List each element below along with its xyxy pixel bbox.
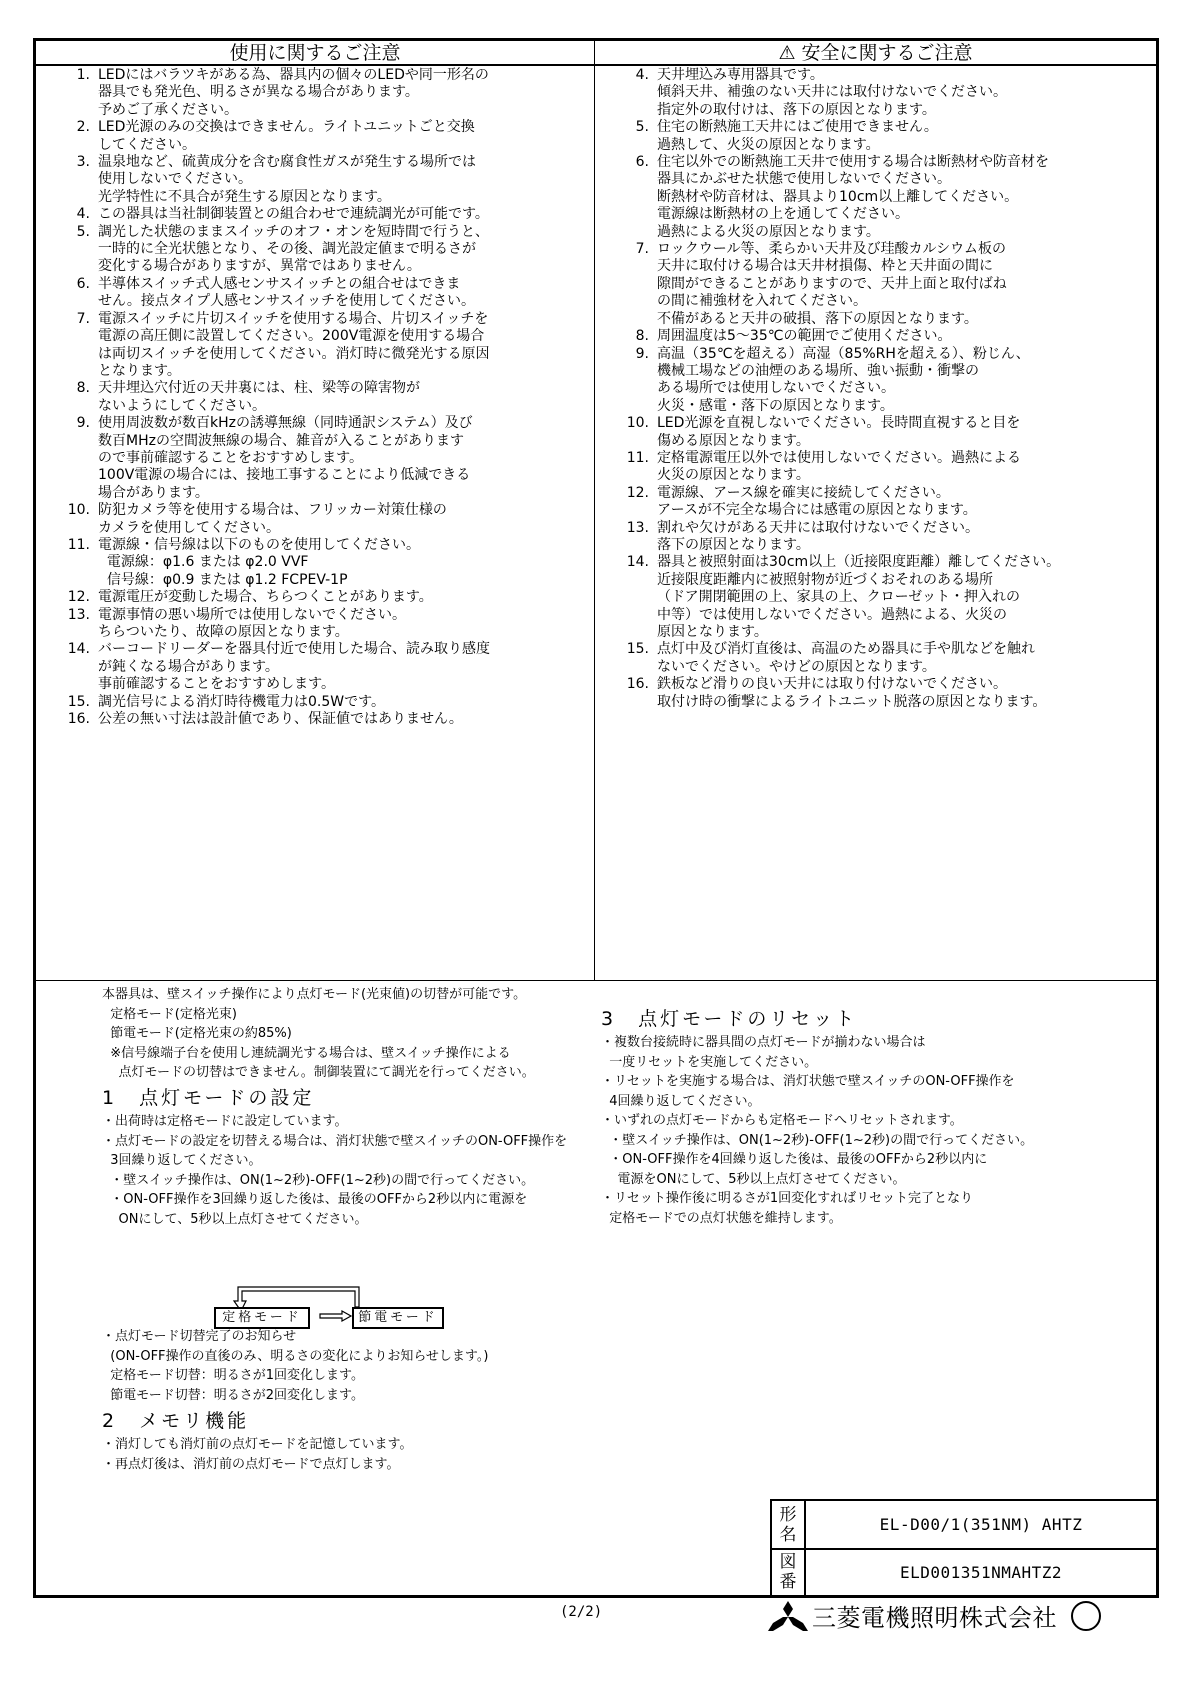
usage-note-item-9: 9.使用周波数が数百kHzの誘導無線（同時通訳システム）及び数百MHzの空間波無… xyxy=(42,415,592,502)
item-line: が鈍くなる場合があります。 xyxy=(98,659,592,676)
item-line: 定格電源電圧以外では使用しないでください。過熱による xyxy=(657,450,1156,467)
item-number: 6. xyxy=(601,154,657,241)
item-number: 5. xyxy=(601,119,657,154)
item-line: この器具は当社制御装置との組合わせで連続調光が可能です。 xyxy=(98,206,592,223)
item-line: 傾斜天井、補強のない天井には取付けないでください。 xyxy=(657,84,1156,101)
item-line: 信号線：φ0.9 または φ1.2 FCPEV-1P xyxy=(98,572,592,589)
item-line: 天井に取付ける場合は天井材損傷、枠と天井面の間に xyxy=(657,258,1156,275)
item-line: 器具でも発光色、明るさが異なる場合があります。 xyxy=(98,84,592,101)
safety-note-item-15: 15.点灯中及び消灯直後は、高温のため器具に手や肌などを触れないでください。やけ… xyxy=(601,641,1156,676)
item-line: 断熱材や防音材は、器具より10cm以上離してください。 xyxy=(657,189,1156,206)
item-text: 天井埋込み専用器具です。傾斜天井、補強のない天井には取付けないでください。指定外… xyxy=(657,67,1156,119)
usage-note-item-14: 14.バーコードリーダーを器具付近で使用した場合、読み取り感度が鈍くなる場合があ… xyxy=(42,641,592,693)
item-number: 14. xyxy=(601,554,657,641)
item-line: 割れや欠けがある天井には取付けないでください。 xyxy=(657,520,1156,537)
item-number: 6. xyxy=(42,276,98,311)
usage-note-item-3: 3.温泉地など、硫黄成分を含む腐食性ガスが発生する場所では使用しないでください。… xyxy=(42,154,592,206)
drawing-number: ELD001351NMAHTZ2 xyxy=(806,1549,1156,1595)
text-line: (ON-OFF操作の直後のみ、明るさの変化によりお知らせします。) xyxy=(102,1347,488,1367)
item-line: 100V電源の場合には、接地工事することにより低減できる xyxy=(98,467,592,484)
text-line: ・壁スイッチ操作は、ON(1~2秒)-OFF(1~2秒)の間で行ってください。 xyxy=(102,1171,567,1191)
text-line: ・ON-OFF操作を3回繰り返した後は、最後のOFFから2秒以内に電源を xyxy=(102,1190,567,1210)
item-line: 高温（35℃を超える）高湿（85%RHを超える）、粉じん、 xyxy=(657,346,1156,363)
text-line: ONにして、5秒以上点灯させてください。 xyxy=(102,1210,567,1230)
item-line: 電源の高圧側に設置してください。200V電源を使用する場合 xyxy=(98,328,592,345)
usage-note-item-1: 1.LEDにはバラツキがある為、器具内の個々のLEDや同一形名の器具でも発光色、… xyxy=(42,67,592,119)
column-divider xyxy=(594,41,595,980)
item-text: 割れや欠けがある天井には取付けないでください。落下の原因となります。 xyxy=(657,520,1156,555)
mitsubishi-logo-icon xyxy=(768,1601,808,1631)
item-text: 温泉地など、硫黄成分を含む腐食性ガスが発生する場所では使用しないでください。光学… xyxy=(98,154,592,206)
item-text: 電源スイッチに片切スイッチを使用する場合、片切スイッチを電源の高圧側に設置してく… xyxy=(98,311,592,381)
text-line: 電源をONにして、5秒以上点灯させてください。 xyxy=(601,1170,1033,1190)
safety-note-item-8: 8.周囲温度は5～35℃の範囲でご使用ください。 xyxy=(601,328,1156,345)
item-line: 予めご了承ください。 xyxy=(98,102,592,119)
item-line: 取付け時の衝撃によるライトユニット脱落の原因となります。 xyxy=(657,694,1156,711)
safety-note-item-12: 12.電源線、アース線を確実に接続してください。アースが不完全な場合には感電の原… xyxy=(601,485,1156,520)
item-number: 11. xyxy=(42,537,98,589)
item-number: 7. xyxy=(601,241,657,328)
item-line: 天井埋込み専用器具です。 xyxy=(657,67,1156,84)
text-line: ・ON-OFF操作を4回繰り返した後は、最後のOFFから2秒以内に xyxy=(601,1150,1033,1170)
item-text: 防犯カメラ等を使用する場合は、フリッカー対策仕様のカメラを使用してください。 xyxy=(98,502,592,537)
item-line: は両切スイッチを使用してください。消灯時に微発光する原因 xyxy=(98,346,592,363)
item-line: （ドア開閉範囲の上、家具の上、クローゼット・押入れの xyxy=(657,589,1156,606)
section-1-body: ・出荷時は定格モードに設定しています。・点灯モードの設定を切替える場合は、消灯状… xyxy=(102,1112,567,1229)
usage-notes-header: 使用に関するご注意 xyxy=(36,41,594,66)
item-line: せん。接点タイプ人感センサスイッチを使用してください。 xyxy=(98,293,592,310)
text-line: 定格モード(定格光束) xyxy=(102,1005,535,1025)
item-number: 12. xyxy=(42,589,98,606)
usage-note-item-4: 4.この器具は当社制御装置との組合わせで連続調光が可能です。 xyxy=(42,206,592,223)
item-line: の間に補強材を入れてください。 xyxy=(657,293,1156,310)
safety-notes-header: ⚠ 安全に関するご注意 xyxy=(595,41,1156,66)
text-line: 点灯モードの切替はできません。制御装置にて調光を行ってください。 xyxy=(102,1063,535,1083)
item-line: 使用周波数が数百kHzの誘導無線（同時通訳システム）及び xyxy=(98,415,592,432)
item-line: ないようにしてください。 xyxy=(98,398,592,415)
item-number: 15. xyxy=(42,694,98,711)
model-row: 形名 EL-D00/1(351NM) AHTZ xyxy=(772,1501,1156,1550)
item-line: 一時的に全光状態となり、その後、調光設定値まで明るさが xyxy=(98,241,592,258)
item-line: 原因となります。 xyxy=(657,624,1156,641)
item-line: 住宅の断熱施工天井にはご使用できません。 xyxy=(657,119,1156,136)
item-number: 7. xyxy=(42,311,98,381)
item-line: 指定外の取付けは、落下の原因となります。 xyxy=(657,102,1156,119)
item-line: 電源電圧が変動した場合、ちらつくことがあります。 xyxy=(98,589,592,606)
circle-mark-icon xyxy=(1071,1601,1101,1631)
item-number: 3. xyxy=(42,154,98,206)
item-number: 10. xyxy=(42,502,98,537)
item-number: 5. xyxy=(42,224,98,276)
item-line: 調光信号による消灯時待機電力は0.5Wです。 xyxy=(98,694,592,711)
item-line: 中等）では使用しないでください。過熱による、火災の xyxy=(657,607,1156,624)
item-line: 鉄板など滑りの良い天井には取り付けないでください。 xyxy=(657,676,1156,693)
text-line: 定格モード切替：明るさが1回変化します。 xyxy=(102,1366,488,1386)
item-number: 9. xyxy=(601,346,657,416)
item-line: 変化する場合がありますが、異常ではありません。 xyxy=(98,258,592,275)
item-line: 過熱による火災の原因となります。 xyxy=(657,224,1156,241)
item-number: 8. xyxy=(601,328,657,345)
item-number: 16. xyxy=(42,711,98,728)
item-text: LED光源のみの交換はできません。ライトユニットごと交換してください。 xyxy=(98,119,592,154)
item-text: 電源線、アース線を確実に接続してください。アースが不完全な場合には感電の原因とな… xyxy=(657,485,1156,520)
model-label: 形名 xyxy=(772,1501,806,1548)
section-3-title: 3 点灯モードのリセット xyxy=(601,1005,1033,1033)
usage-note-item-2: 2.LED光源のみの交換はできません。ライトユニットごと交換してください。 xyxy=(42,119,592,154)
safety-notes-list: 4.天井埋込み専用器具です。傾斜天井、補強のない天井には取付けないでください。指… xyxy=(601,67,1156,711)
safety-note-item-7: 7.ロックウール等、柔らかい天井及び珪酸カルシウム板の天井に取付ける場合は天井材… xyxy=(601,241,1156,328)
item-line: 事前確認することをおすすめします。 xyxy=(98,676,592,693)
item-text: 調光信号による消灯時待機電力は0.5Wです。 xyxy=(98,694,592,711)
safety-note-item-14: 14.器具と被照射面は30cm以上（近接限度距離）離してください。近接限度距離内… xyxy=(601,554,1156,641)
item-text: 半導体スイッチ式人感センサスイッチとの組合せはできません。接点タイプ人感センサス… xyxy=(98,276,592,311)
item-line: 不備があると天井の破損、落下の原因となります。 xyxy=(657,311,1156,328)
safety-note-item-6: 6.住宅以外での断熱施工天井で使用する場合は断熱材や防音材を器具にかぶせた状態で… xyxy=(601,154,1156,241)
usage-note-item-7: 7.電源スイッチに片切スイッチを使用する場合、片切スイッチを電源の高圧側に設置し… xyxy=(42,311,592,381)
item-number: 12. xyxy=(601,485,657,520)
item-line: ので事前確認することをおすすめします。 xyxy=(98,450,592,467)
item-line: ロックウール等、柔らかい天井及び珪酸カルシウム板の xyxy=(657,241,1156,258)
text-line: ・点灯モード切替完了のお知らせ xyxy=(102,1327,488,1347)
document-frame: 使用に関するご注意 ⚠ 安全に関するご注意 1.LEDにはバラツキがある為、器具… xyxy=(33,38,1159,1598)
mode-intro: 本器具は、壁スイッチ操作により点灯モード(光束値)の切替が可能です。 定格モード… xyxy=(102,985,535,1083)
mode-switch-notice: ・点灯モード切替完了のお知らせ (ON-OFF操作の直後のみ、明るさの変化により… xyxy=(102,1327,488,1405)
item-line: 天井埋込穴付近の天井裏には、柱、梁等の障害物が xyxy=(98,380,592,397)
section-3-body: ・複数台接続時に器具間の点灯モードが揃わない場合は 一度リセットを実施してくださ… xyxy=(601,1033,1033,1228)
warning-icon: ⚠ xyxy=(778,42,795,64)
item-line: 電源線：φ1.6 または φ2.0 VVF xyxy=(98,554,592,571)
item-text: 定格電源電圧以外では使用しないでください。過熱による火災の原因となります。 xyxy=(657,450,1156,485)
text-line: 節電モード切替：明るさが2回変化します。 xyxy=(102,1386,488,1406)
item-line: ちらついたり、故障の原因となります。 xyxy=(98,624,592,641)
model-value: EL-D00/1(351NM) AHTZ xyxy=(806,1501,1156,1548)
item-line: 公差の無い寸法は設計値であり、保証値ではありません。 xyxy=(98,711,592,728)
item-line: LEDにはバラツキがある為、器具内の個々のLEDや同一形名の xyxy=(98,67,592,84)
text-line: ・点灯モードの設定を切替える場合は、消灯状態で壁スイッチのON-OFF操作を xyxy=(102,1132,567,1152)
item-text: 鉄板など滑りの良い天井には取り付けないでください。取付け時の衝撃によるライトユニ… xyxy=(657,676,1156,711)
usage-note-item-11: 11.電源線・信号線は以下のものを使用してください。 電源線：φ1.6 または … xyxy=(42,537,592,589)
item-line: 電源スイッチに片切スイッチを使用する場合、片切スイッチを xyxy=(98,311,592,328)
item-line: 温泉地など、硫黄成分を含む腐食性ガスが発生する場所では xyxy=(98,154,592,171)
company-footer: 三菱電機照明株式会社 xyxy=(768,1598,1101,1633)
item-text: 公差の無い寸法は設計値であり、保証値ではありません。 xyxy=(98,711,592,728)
section-2-body: ・消灯しても消灯前の点灯モードを記憶しています。・再点灯後は、消灯前の点灯モード… xyxy=(102,1435,412,1474)
text-line: ・消灯しても消灯前の点灯モードを記憶しています。 xyxy=(102,1435,412,1455)
usage-note-item-15: 15.調光信号による消灯時待機電力は0.5Wです。 xyxy=(42,694,592,711)
item-text: LED光源を直視しないでください。長時間直視すると目を傷める原因となります。 xyxy=(657,415,1156,450)
item-text: LEDにはバラツキがある為、器具内の個々のLEDや同一形名の器具でも発光色、明る… xyxy=(98,67,592,119)
usage-note-item-8: 8.天井埋込穴付近の天井裏には、柱、梁等の障害物がないようにしてください。 xyxy=(42,380,592,415)
item-number: 13. xyxy=(601,520,657,555)
eco-mode-box: 節電モード xyxy=(352,1307,444,1329)
title-block: 形名 EL-D00/1(351NM) AHTZ 図番 ELD001351NMAH… xyxy=(770,1499,1156,1595)
item-text: 住宅以外での断熱施工天井で使用する場合は断熱材や防音材を器具にかぶせた状態で使用… xyxy=(657,154,1156,241)
text-line: ・再点灯後は、消灯前の点灯モードで点灯します。 xyxy=(102,1455,412,1475)
usage-note-item-5: 5.調光した状態のままスイッチのオフ・オンを短時間で行うと、一時的に全光状態とな… xyxy=(42,224,592,276)
item-line: 機械工場などの油煙のある場所、強い振動・衝撃の xyxy=(657,363,1156,380)
item-line: 電源線・信号線は以下のものを使用してください。 xyxy=(98,537,592,554)
item-line: 場合があります。 xyxy=(98,485,592,502)
safety-notes-title: 安全に関するご注意 xyxy=(802,42,973,64)
item-number: 2. xyxy=(42,119,98,154)
lighting-mode-section: 本器具は、壁スイッチ操作により点灯モード(光束値)の切替が可能です。 定格モード… xyxy=(36,981,1156,1595)
section-3: 3 点灯モードのリセット ・複数台接続時に器具間の点灯モードが揃わない場合は 一… xyxy=(601,1005,1033,1228)
item-text: 周囲温度は5～35℃の範囲でご使用ください。 xyxy=(657,328,1156,345)
item-text: 電源線・信号線は以下のものを使用してください。 電源線：φ1.6 または φ2.… xyxy=(98,537,592,589)
safety-note-item-10: 10.LED光源を直視しないでください。長時間直視すると目を傷める原因となります… xyxy=(601,415,1156,450)
item-line: 近接限度距離内に被照射物が近づくおそれのある場所 xyxy=(657,572,1156,589)
item-line: 電源線は断熱材の上を通してください。 xyxy=(657,206,1156,223)
item-line: 防犯カメラ等を使用する場合は、フリッカー対策仕様の xyxy=(98,502,592,519)
text-line: 定格モードでの点灯状態を維持します。 xyxy=(601,1209,1033,1229)
item-line: LED光源のみの交換はできません。ライトユニットごと交換 xyxy=(98,119,592,136)
usage-note-item-13: 13.電源事情の悪い場所では使用しないでください。ちらついたり、故障の原因となり… xyxy=(42,607,592,642)
item-text: 電源事情の悪い場所では使用しないでください。ちらついたり、故障の原因となります。 xyxy=(98,607,592,642)
safety-note-item-4: 4.天井埋込み専用器具です。傾斜天井、補強のない天井には取付けないでください。指… xyxy=(601,67,1156,119)
item-line: 点灯中及び消灯直後は、高温のため器具に手や肌などを触れ xyxy=(657,641,1156,658)
text-line: ・壁スイッチ操作は、ON(1~2秒)-OFF(1~2秒)の間で行ってください。 xyxy=(601,1131,1033,1151)
item-text: 点灯中及び消灯直後は、高温のため器具に手や肌などを触れないでください。やけどの原… xyxy=(657,641,1156,676)
item-text: 電源電圧が変動した場合、ちらつくことがあります。 xyxy=(98,589,592,606)
text-line: ・リセット操作後に明るさが1回変化すればリセット完了となり xyxy=(601,1189,1033,1209)
company-name: 三菱電機照明株式会社 xyxy=(812,1598,1057,1633)
item-text: 調光した状態のままスイッチのオフ・オンを短時間で行うと、一時的に全光状態となり、… xyxy=(98,224,592,276)
item-line: 調光した状態のままスイッチのオフ・オンを短時間で行うと、 xyxy=(98,224,592,241)
item-number: 16. xyxy=(601,676,657,711)
item-line: 電源事情の悪い場所では使用しないでください。 xyxy=(98,607,592,624)
text-line: 4回繰り返してください。 xyxy=(601,1092,1033,1112)
item-line: カメラを使用してください。 xyxy=(98,520,592,537)
item-line: 光学特性に不具合が発生する原因となります。 xyxy=(98,189,592,206)
text-line: 本器具は、壁スイッチ操作により点灯モード(光束値)の切替が可能です。 xyxy=(102,985,535,1005)
safety-note-item-5: 5.住宅の断熱施工天井にはご使用できません。過熱して、火災の原因となります。 xyxy=(601,119,1156,154)
item-text: 天井埋込穴付近の天井裏には、柱、梁等の障害物がないようにしてください。 xyxy=(98,380,592,415)
item-text: 住宅の断熱施工天井にはご使用できません。過熱して、火災の原因となります。 xyxy=(657,119,1156,154)
mode-diagram: 定格モード 節電モード xyxy=(214,1283,454,1325)
text-line: ・出荷時は定格モードに設定しています。 xyxy=(102,1112,567,1132)
safety-note-item-16: 16.鉄板など滑りの良い天井には取り付けないでください。取付け時の衝撃によるライ… xyxy=(601,676,1156,711)
item-text: この器具は当社制御装置との組合わせで連続調光が可能です。 xyxy=(98,206,592,223)
item-line: バーコードリーダーを器具付近で使用した場合、読み取り感度 xyxy=(98,641,592,658)
item-line: アースが不完全な場合には感電の原因となります。 xyxy=(657,502,1156,519)
item-text: 使用周波数が数百kHzの誘導無線（同時通訳システム）及び数百MHzの空間波無線の… xyxy=(98,415,592,502)
item-line: 周囲温度は5～35℃の範囲でご使用ください。 xyxy=(657,328,1156,345)
text-line: 節電モード(定格光束の約85%) xyxy=(102,1024,535,1044)
item-line: ないでください。やけどの原因となります。 xyxy=(657,659,1156,676)
text-line: ・いずれの点灯モードからも定格モードへリセットされます。 xyxy=(601,1111,1033,1131)
usage-note-item-6: 6.半導体スイッチ式人感センサスイッチとの組合せはできません。接点タイプ人感セン… xyxy=(42,276,592,311)
usage-note-item-12: 12.電源電圧が変動した場合、ちらつくことがあります。 xyxy=(42,589,592,606)
item-number: 13. xyxy=(42,607,98,642)
section-2-title: 2 メモリ機能 xyxy=(102,1407,412,1435)
item-line: LED光源を直視しないでください。長時間直視すると目を xyxy=(657,415,1156,432)
section-2: 2 メモリ機能 ・消灯しても消灯前の点灯モードを記憶しています。・再点灯後は、消… xyxy=(102,1407,412,1474)
item-line: 隙間ができることがありますので、天井上面と取付ばね xyxy=(657,276,1156,293)
item-line: 過熱して、火災の原因となります。 xyxy=(657,137,1156,154)
item-number: 9. xyxy=(42,415,98,502)
item-line: 器具にかぶせた状態で使用しないでください。 xyxy=(657,171,1156,188)
item-text: 高温（35℃を超える）高湿（85%RHを超える）、粉じん、機械工場などの油煙のあ… xyxy=(657,346,1156,416)
item-number: 15. xyxy=(601,641,657,676)
item-text: ロックウール等、柔らかい天井及び珪酸カルシウム板の天井に取付ける場合は天井材損傷… xyxy=(657,241,1156,328)
item-line: 落下の原因となります。 xyxy=(657,537,1156,554)
item-number: 14. xyxy=(42,641,98,693)
item-line: 半導体スイッチ式人感センサスイッチとの組合せはできま xyxy=(98,276,592,293)
item-number: 8. xyxy=(42,380,98,415)
page-number: (2/2) xyxy=(560,1604,602,1620)
item-line: ある場所では使用しないでください。 xyxy=(657,380,1156,397)
item-line: 電源線、アース線を確実に接続してください。 xyxy=(657,485,1156,502)
item-text: バーコードリーダーを器具付近で使用した場合、読み取り感度が鈍くなる場合があります… xyxy=(98,641,592,693)
item-number: 10. xyxy=(601,415,657,450)
safety-note-item-9: 9.高温（35℃を超える）高湿（85%RHを超える）、粉じん、機械工場などの油煙… xyxy=(601,346,1156,416)
item-line: 火災・感電・落下の原因となります。 xyxy=(657,398,1156,415)
item-number: 4. xyxy=(601,67,657,119)
item-number: 4. xyxy=(42,206,98,223)
item-line: 器具と被照射面は30cm以上（近接限度距離）離してください。 xyxy=(657,554,1156,571)
item-line: 住宅以外での断熱施工天井で使用する場合は断熱材や防音材を xyxy=(657,154,1156,171)
item-text: 器具と被照射面は30cm以上（近接限度距離）離してください。近接限度距離内に被照… xyxy=(657,554,1156,641)
safety-note-item-11: 11.定格電源電圧以外では使用しないでください。過熱による火災の原因となります。 xyxy=(601,450,1156,485)
text-line: 一度リセットを実施してください。 xyxy=(601,1053,1033,1073)
safety-note-item-13: 13.割れや欠けがある天井には取付けないでください。落下の原因となります。 xyxy=(601,520,1156,555)
usage-notes-list: 1.LEDにはバラツキがある為、器具内の個々のLEDや同一形名の器具でも発光色、… xyxy=(42,67,592,728)
drawing-label: 図番 xyxy=(772,1549,806,1595)
item-number: 11. xyxy=(601,450,657,485)
item-line: となります。 xyxy=(98,363,592,380)
usage-note-item-10: 10.防犯カメラ等を使用する場合は、フリッカー対策仕様のカメラを使用してください… xyxy=(42,502,592,537)
item-line: してください。 xyxy=(98,137,592,154)
section-1: 1 点灯モードの設定 ・出荷時は定格モードに設定しています。・点灯モードの設定を… xyxy=(102,1084,567,1229)
item-line: 火災の原因となります。 xyxy=(657,467,1156,484)
text-line: ※信号線端子台を使用し連続調光する場合は、壁スイッチ操作による xyxy=(102,1044,535,1064)
item-number: 1. xyxy=(42,67,98,119)
usage-note-item-16: 16.公差の無い寸法は設計値であり、保証値ではありません。 xyxy=(42,711,592,728)
item-line: 使用しないでください。 xyxy=(98,171,592,188)
text-line: ・複数台接続時に器具間の点灯モードが揃わない場合は xyxy=(601,1033,1033,1053)
rated-mode-box: 定格モード xyxy=(214,1307,310,1329)
drawing-row: 図番 ELD001351NMAHTZ2 xyxy=(772,1549,1156,1595)
section-1-title: 1 点灯モードの設定 xyxy=(102,1084,567,1112)
item-line: 数百MHzの空間波無線の場合、雑音が入ることがあります xyxy=(98,433,592,450)
text-line: ・リセットを実施する場合は、消灯状態で壁スイッチのON-OFF操作を xyxy=(601,1072,1033,1092)
text-line: 3回繰り返してください。 xyxy=(102,1151,567,1171)
item-line: 傷める原因となります。 xyxy=(657,433,1156,450)
